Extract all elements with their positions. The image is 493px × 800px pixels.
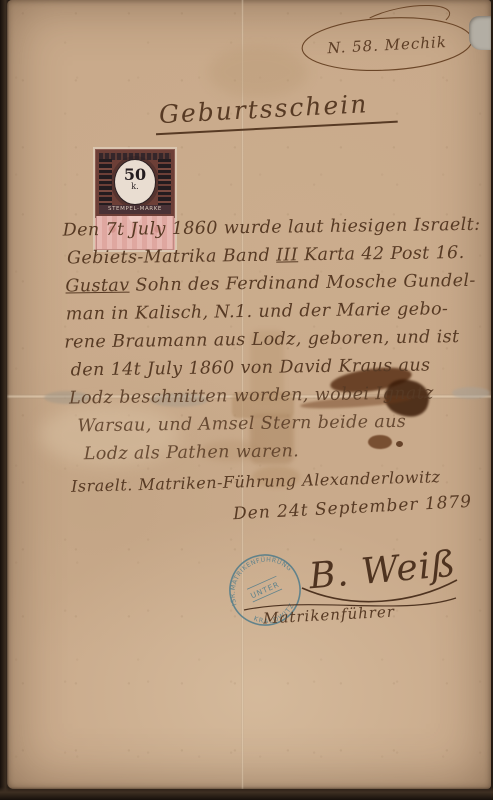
body-line-2-post: Karta 42 Post 16. — [298, 243, 465, 265]
body-line-7: Lodz beschnitten worden, wobei Ignatz — [69, 383, 434, 408]
body-line-4: man in Kalisch, N.1. und der Marie gebo- — [66, 299, 449, 324]
body-line-2-volume: III — [276, 245, 298, 265]
photo-edge-bottom — [0, 787, 493, 800]
body-line-9: Lodz als Pathen waren. — [84, 441, 300, 464]
body-line-2-pre: Gebiets-Matrika Band — [67, 246, 276, 269]
document-paper: N. 58. Mechik Geburtsschein 50 k. STEMPE… — [7, 0, 491, 789]
torn-edge — [469, 16, 491, 50]
body-line-1: Den 7t July 1860 wurde laut hiesigen Isr… — [63, 215, 481, 241]
body-line-6: den 14t July 1860 von David Kraus aus — [71, 355, 431, 380]
body-line-8: Warsau, und Amsel Stern beide aus — [77, 412, 406, 437]
body-text: Den 7t July 1860 wurde laut hiesigen Isr… — [2, 0, 493, 792]
body-line-3: Gustav Sohn des Ferdinand Mosche Gundel- — [65, 271, 476, 297]
body-line-5: rene Braumann aus Lodz, geboren, und ist — [64, 327, 460, 353]
photo-background: N. 58. Mechik Geburtsschein 50 k. STEMPE… — [0, 0, 493, 800]
photo-edge-left — [0, 0, 9, 800]
body-line-3-rest: Sohn des Ferdinand Mosche Gundel- — [129, 271, 476, 296]
body-line-3-name: Gustav — [65, 276, 129, 297]
body-line-2: Gebiets-Matrika Band III Karta 42 Post 1… — [67, 243, 465, 269]
